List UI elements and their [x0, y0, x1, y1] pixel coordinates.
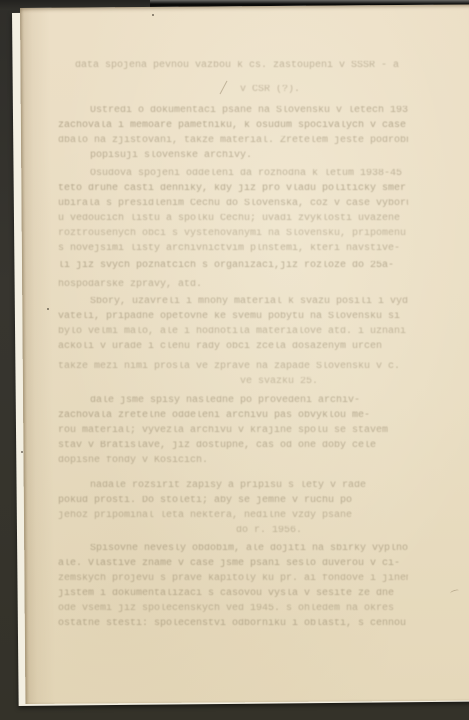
typescript-line: hospodářské zprávy, atd. — [58, 280, 298, 290]
bleedthrough-text-layer: data spojená pevnou vazbou k čs. zastoup… — [0, 0, 469, 720]
typescript-line: do r. 1956. — [236, 526, 302, 536]
typescript-line: ostatně štěstí: společenství odborníků i… — [58, 619, 408, 629]
typescript-line: Spisovně nevešly obdobím, ale dojíti na … — [90, 544, 408, 554]
typescript-line: stav v Bratislavě, již dostupné, čas od … — [58, 441, 408, 451]
typescript-line: zachovala i memoáre pamětníků, k osudům … — [58, 121, 408, 131]
typescript-line: ačkoli v úřadě i členů řady obcí zcela d… — [58, 342, 408, 352]
typescript-line: rou materiál; vyvezla archívu v krajině … — [58, 426, 408, 436]
typescript-line: této druhé části denníky, kdy již pro vl… — [58, 184, 408, 194]
typescript-line: ubírala s přesídlením Čechů do Slovenska… — [58, 199, 408, 209]
typescript-line: ve svazku 25. — [240, 377, 336, 387]
typescript-line: dále jsme spisy následně po provedení ar… — [90, 396, 408, 406]
typescript-line: pokud prostí. Do století; aby se jemně v… — [58, 496, 408, 506]
typescript-line: zachovala zřetelně oddělení archívu pás … — [58, 411, 408, 421]
typescript-line: Osudová spojení oddělení da rozhodná k l… — [90, 169, 408, 179]
typescript-line: nadále rozšířit zápisy a přípisů s léty … — [90, 481, 408, 491]
typescript-line: ode všemi již společenských věd 1945. s … — [58, 604, 408, 614]
typescript-line: jistém i dokumentalizaci s časovou vyšla… — [58, 589, 408, 599]
typescript-line: jehož připomínal léta některá, nedílně v… — [58, 511, 408, 521]
typescript-line: s novějšími listy archívnictvím plnšťemi… — [58, 244, 408, 254]
typescript-line: Ústředí o dokumentaci psané na Slovensku… — [90, 106, 408, 116]
typescript-line: data spojená pevnou vazbou k čs. zastoup… — [75, 61, 407, 71]
typescript-line: v ČSR (?). — [240, 85, 304, 95]
typescript-line: bylo velmi málo, ale i hodnotila materiá… — [58, 327, 408, 337]
typescript-line: roztroušených obcí s vystěhovanými na Sl… — [58, 229, 408, 239]
speck-mark — [152, 14, 154, 16]
speck-mark — [21, 451, 23, 453]
typescript-line: vateli, případně opětovně ke svému pobyt… — [58, 312, 408, 322]
speck-mark — [47, 308, 49, 310]
typescript-line: popisují slovenské archívy. — [90, 151, 270, 161]
typescript-line: Sbory, uzavřeli i mnohý materiál k svazu… — [90, 297, 408, 307]
typescript-line: dbalo na zjišťování, takže materiál. Zře… — [58, 136, 408, 146]
typescript-line: u vedoucích listů a spolků Čechů; uvádí … — [58, 214, 408, 224]
typescript-line: zemských projevů s pravé kapitoly ku př.… — [58, 574, 408, 584]
typescript-line: ale. Vlastivě známé v čase jsme psaní se… — [58, 559, 408, 569]
typescript-line: dopisné fondy v Košicích. — [58, 456, 302, 466]
typescript-line: li již svých poznatcích s organizací,již… — [58, 261, 408, 271]
typescript-line: takže mezi nimi prošla ve zprávě na zápa… — [58, 362, 408, 372]
